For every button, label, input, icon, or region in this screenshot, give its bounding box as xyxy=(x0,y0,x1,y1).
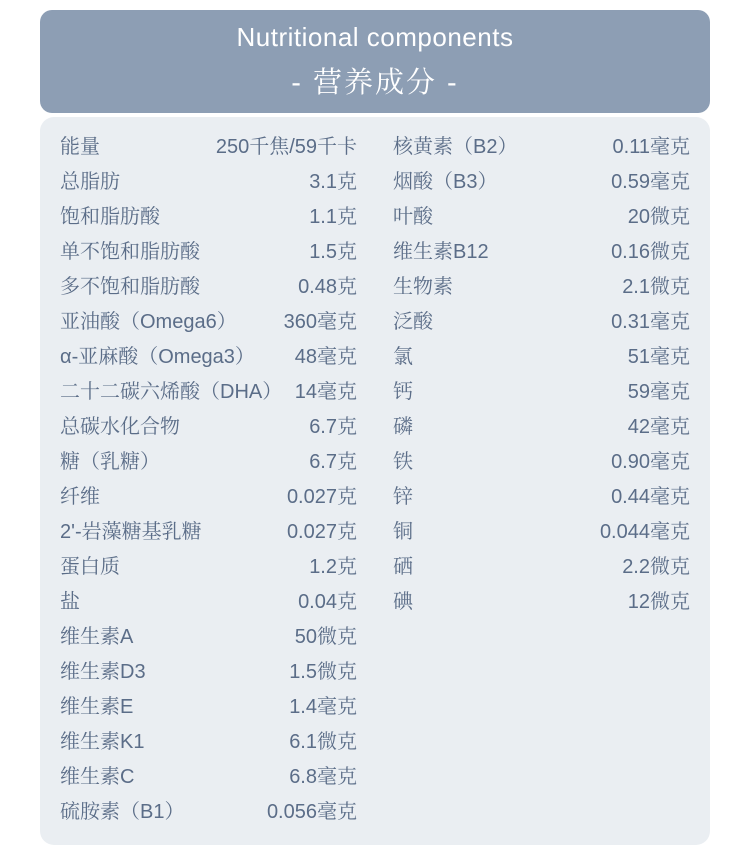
table-row: 泛酸0.31毫克 xyxy=(393,305,690,340)
nutrient-label: 锌 xyxy=(393,480,413,515)
nutrition-column-left: 能量250千焦/59千卡总脂肪3.1克饱和脂肪酸1.1克单不饱和脂肪酸1.5克多… xyxy=(60,130,357,832)
table-row: 单不饱和脂肪酸1.5克 xyxy=(60,235,357,270)
nutrient-value: 59毫克 xyxy=(628,375,690,410)
nutrient-label: 糖（乳糖） xyxy=(60,445,160,480)
nutrient-label: 盐 xyxy=(60,585,80,620)
nutrient-value: 2.2微克 xyxy=(622,550,690,585)
nutrient-value: 1.2克 xyxy=(309,550,357,585)
nutrient-value: 42毫克 xyxy=(628,410,690,445)
nutrient-label: 核黄素（B2） xyxy=(393,130,517,165)
nutrient-value: 0.027克 xyxy=(287,515,357,550)
table-row: 纤维0.027克 xyxy=(60,480,357,515)
nutrient-value: 14毫克 xyxy=(295,375,357,410)
table-row: 总碳水化合物6.7克 xyxy=(60,410,357,445)
nutrient-label: 叶酸 xyxy=(393,200,433,235)
nutrient-value: 12微克 xyxy=(628,585,690,620)
nutrient-value: 6.1微克 xyxy=(289,725,357,760)
table-row: 能量250千焦/59千卡 xyxy=(60,130,357,165)
table-row: 铜0.044毫克 xyxy=(393,515,690,550)
nutrient-value: 6.7克 xyxy=(309,445,357,480)
nutrient-label: 总脂肪 xyxy=(60,165,120,200)
table-row: 糖（乳糖）6.7克 xyxy=(60,445,357,480)
nutrient-label: 维生素K1 xyxy=(60,725,144,760)
nutrient-label: 氯 xyxy=(393,340,413,375)
table-row: 硒2.2微克 xyxy=(393,550,690,585)
table-row: 核黄素（B2）0.11毫克 xyxy=(393,130,690,165)
nutrient-label: 碘 xyxy=(393,585,413,620)
nutrient-value: 6.8毫克 xyxy=(289,760,357,795)
nutrient-value: 360毫克 xyxy=(284,305,357,340)
table-row: 钙59毫克 xyxy=(393,375,690,410)
nutrient-label: 能量 xyxy=(60,130,100,165)
nutrient-value: 0.48克 xyxy=(298,270,357,305)
table-row: 维生素B120.16微克 xyxy=(393,235,690,270)
table-row: 亚油酸（Omega6）360毫克 xyxy=(60,305,357,340)
nutrient-label: α-亚麻酸（Omega3） xyxy=(60,340,255,375)
table-row: 2'-岩藻糖基乳糖0.027克 xyxy=(60,515,357,550)
nutrient-label: 硒 xyxy=(393,550,413,585)
nutrient-value: 48毫克 xyxy=(295,340,357,375)
nutrient-label: 总碳水化合物 xyxy=(60,410,180,445)
nutrient-value: 51毫克 xyxy=(628,340,690,375)
nutrient-label: 硫胺素（B1） xyxy=(60,795,184,830)
nutrient-label: 亚油酸（Omega6） xyxy=(60,305,237,340)
nutrient-value: 50微克 xyxy=(295,620,357,655)
nutrition-page: Nutritional components - 营养成分 - 能量250千焦/… xyxy=(0,0,750,850)
nutrient-value: 0.16微克 xyxy=(611,235,690,270)
table-row: 维生素A50微克 xyxy=(60,620,357,655)
nutrient-label: 维生素C xyxy=(60,760,134,795)
table-row: 多不饱和脂肪酸0.48克 xyxy=(60,270,357,305)
nutrient-label: 维生素A xyxy=(60,620,133,655)
nutrition-column-right: 核黄素（B2）0.11毫克烟酸（B3）0.59毫克叶酸20微克维生素B120.1… xyxy=(393,130,690,832)
table-row: 烟酸（B3）0.59毫克 xyxy=(393,165,690,200)
table-row: 碘12微克 xyxy=(393,585,690,620)
nutrient-label: 蛋白质 xyxy=(60,550,120,585)
nutrient-value: 3.1克 xyxy=(309,165,357,200)
table-row: 维生素K16.1微克 xyxy=(60,725,357,760)
table-row: 维生素D31.5微克 xyxy=(60,655,357,690)
nutrient-value: 1.5克 xyxy=(309,235,357,270)
table-row: 锌0.44毫克 xyxy=(393,480,690,515)
nutrient-label: 二十二碳六烯酸（DHA） xyxy=(60,375,282,410)
table-row: 总脂肪3.1克 xyxy=(60,165,357,200)
table-row: 硫胺素（B1）0.056毫克 xyxy=(60,795,357,830)
nutrient-label: 烟酸（B3） xyxy=(393,165,497,200)
header-title-en: Nutritional components xyxy=(237,22,514,53)
nutrient-value: 0.90毫克 xyxy=(611,445,690,480)
table-row: 盐0.04克 xyxy=(60,585,357,620)
nutrient-value: 0.44毫克 xyxy=(611,480,690,515)
table-row: 饱和脂肪酸1.1克 xyxy=(60,200,357,235)
nutrient-label: 多不饱和脂肪酸 xyxy=(60,270,200,305)
nutrient-value: 0.044毫克 xyxy=(600,515,690,550)
nutrition-panel: 能量250千焦/59千卡总脂肪3.1克饱和脂肪酸1.1克单不饱和脂肪酸1.5克多… xyxy=(40,117,710,845)
nutrient-label: 维生素E xyxy=(60,690,133,725)
nutrient-value: 1.4毫克 xyxy=(289,690,357,725)
header-title-zh: - 营养成分 - xyxy=(291,60,458,101)
table-row: 铁0.90毫克 xyxy=(393,445,690,480)
nutrient-value: 0.11毫克 xyxy=(613,130,690,165)
table-row: α-亚麻酸（Omega3）48毫克 xyxy=(60,340,357,375)
nutrient-value: 250千焦/59千卡 xyxy=(216,130,357,165)
nutrient-value: 0.027克 xyxy=(287,480,357,515)
nutrient-label: 生物素 xyxy=(393,270,453,305)
nutrient-label: 铜 xyxy=(393,515,413,550)
table-row: 维生素C6.8毫克 xyxy=(60,760,357,795)
nutrient-value: 6.7克 xyxy=(309,410,357,445)
nutrient-value: 0.056毫克 xyxy=(267,795,357,830)
nutrient-value: 1.1克 xyxy=(309,200,357,235)
nutrient-label: 磷 xyxy=(393,410,413,445)
nutrient-label: 2'-岩藻糖基乳糖 xyxy=(60,515,202,550)
nutrient-label: 钙 xyxy=(393,375,413,410)
nutrient-value: 0.59毫克 xyxy=(611,165,690,200)
table-row: 二十二碳六烯酸（DHA）14毫克 xyxy=(60,375,357,410)
nutrient-label: 维生素D3 xyxy=(60,655,146,690)
nutrient-label: 铁 xyxy=(393,445,413,480)
table-row: 叶酸20微克 xyxy=(393,200,690,235)
nutrient-value: 20微克 xyxy=(628,200,690,235)
nutrient-label: 维生素B12 xyxy=(393,235,489,270)
table-row: 生物素2.1微克 xyxy=(393,270,690,305)
nutrient-value: 0.31毫克 xyxy=(611,305,690,340)
nutrient-label: 纤维 xyxy=(60,480,100,515)
nutrient-label: 单不饱和脂肪酸 xyxy=(60,235,200,270)
nutrient-label: 饱和脂肪酸 xyxy=(60,200,160,235)
table-row: 维生素E1.4毫克 xyxy=(60,690,357,725)
table-row: 氯51毫克 xyxy=(393,340,690,375)
nutrient-label: 泛酸 xyxy=(393,305,433,340)
nutrient-value: 2.1微克 xyxy=(622,270,690,305)
nutrient-value: 1.5微克 xyxy=(289,655,357,690)
nutrient-value: 0.04克 xyxy=(298,585,357,620)
table-row: 蛋白质1.2克 xyxy=(60,550,357,585)
table-row: 磷42毫克 xyxy=(393,410,690,445)
nutrition-header: Nutritional components - 营养成分 - xyxy=(40,10,710,113)
